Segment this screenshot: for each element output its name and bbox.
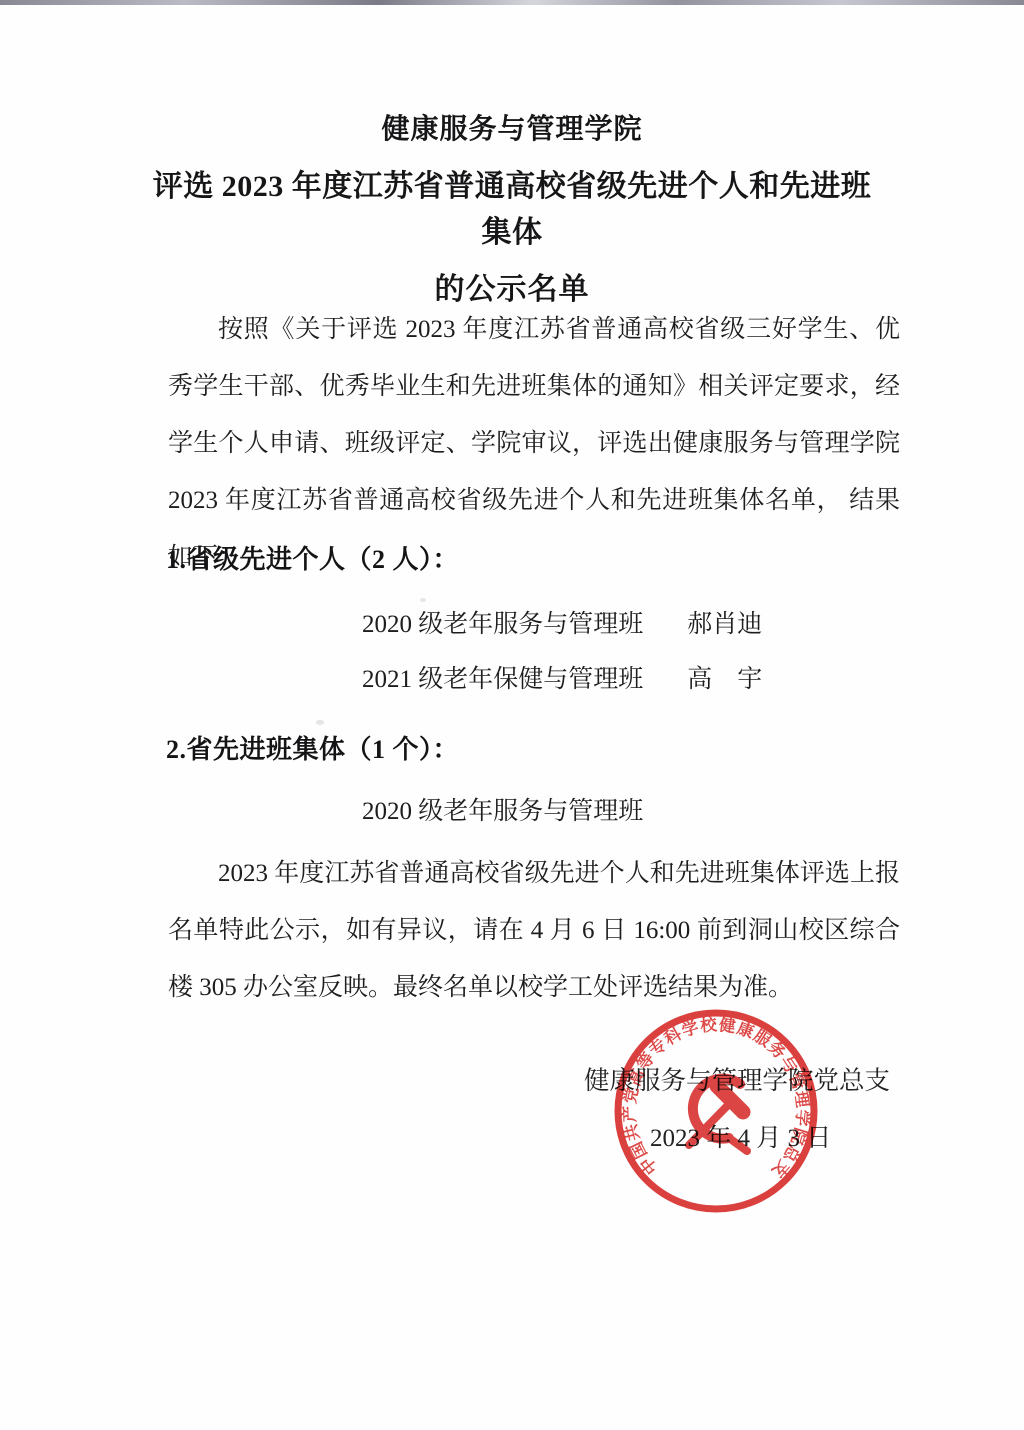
awardee-row: 2021 级老年保健与管理班高 宇 — [362, 658, 762, 702]
section-2-heading: 2.省先进班集体（1 个）： — [166, 730, 459, 770]
document-page: 健康服务与管理学院 评选 2023 年度江苏省普通高校省级先进个人和先进班集体 … — [0, 0, 1024, 1430]
awardee-class: 2020 级老年服务与管理班 — [362, 611, 643, 638]
awardee-name: 郝肖迪 — [687, 603, 762, 647]
scan-speck — [420, 598, 426, 602]
awardee-class: 2021 级老年保健与管理班 — [362, 666, 643, 693]
official-red-seal: 中国共产党高等专科学校健康服务与管理学院总支部委员会 — [613, 1008, 819, 1214]
title-line-1: 健康服务与管理学院 — [146, 110, 878, 150]
section-1-entries: 2020 级老年服务与管理班郝肖迪 2021 级老年保健与管理班高 宇 — [362, 603, 762, 713]
svg-text:中国共产党高等专科学校健康服务与管理学院总支部委员会: 中国共产党高等专科学校健康服务与管理学院总支部委员会 — [613, 1008, 813, 1182]
section-1-heading: 1.省级先进个人（2 人）： — [166, 540, 459, 580]
awardee-name: 高 宇 — [687, 658, 762, 702]
seal-ring-text: 中国共产党高等专科学校健康服务与管理学院总支部委员会 — [613, 1008, 813, 1182]
party-seal-graphic: 中国共产党高等专科学校健康服务与管理学院总支部委员会 — [613, 1008, 819, 1214]
document-title: 健康服务与管理学院 评选 2023 年度江苏省普通高校省级先进个人和先进班集体 … — [146, 110, 878, 313]
closing-paragraph: 2023 年度江苏省普通高校省级先进个人和先进班集体评选上报名单特此公示，如有异… — [168, 845, 900, 1016]
scan-speck — [316, 720, 324, 725]
title-line-2: 评选 2023 年度江苏省普通高校省级先进个人和先进班集体 — [146, 164, 878, 256]
seal-ring — [618, 1013, 814, 1209]
awardee-row: 2020 级老年服务与管理班郝肖迪 — [362, 603, 762, 647]
awarded-class: 2020 级老年服务与管理班 — [362, 795, 643, 829]
scan-artifact-top-edge — [0, 0, 1024, 5]
hammer-and-sickle-icon — [689, 1079, 747, 1151]
